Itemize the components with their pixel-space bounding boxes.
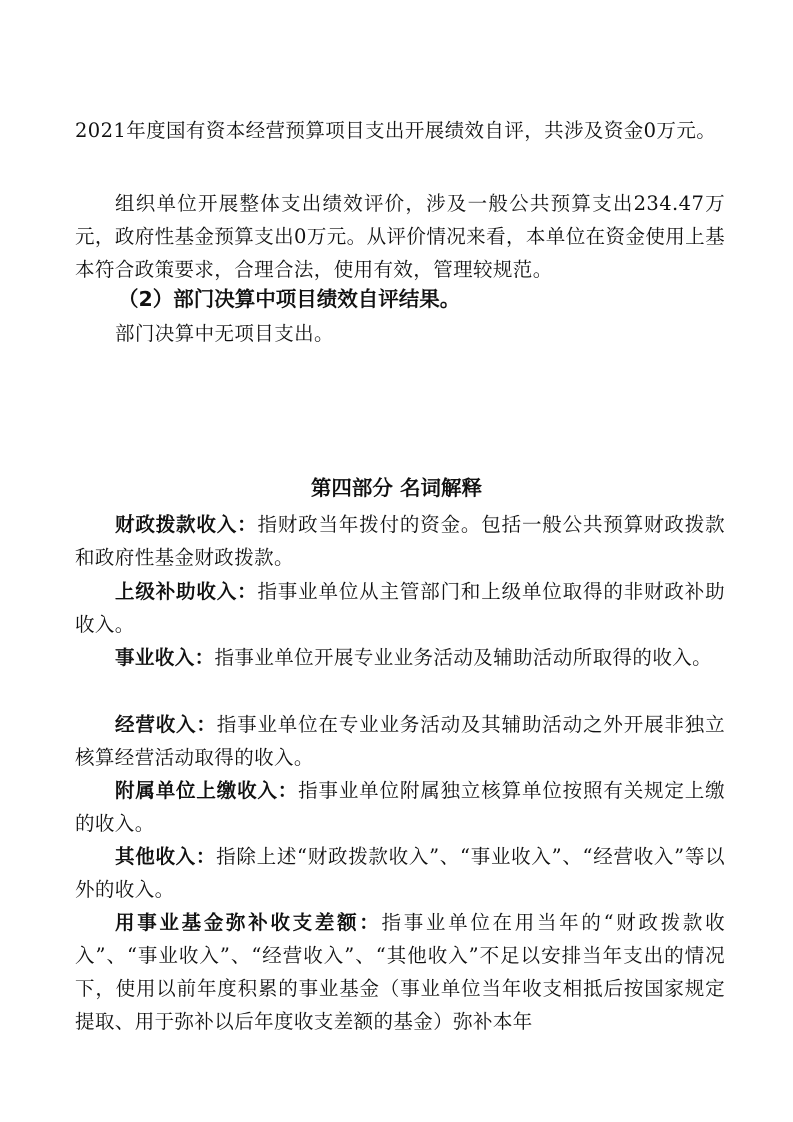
glossary-item: 上级补助收入：指事业单位从主管部门和上级单位取得的非财政补助收入。: [75, 575, 725, 641]
glossary-item: 其他收入：指除上述“财政拨款收入”、“事业收入”、“经营收入”等以外的收入。: [75, 840, 725, 906]
glossary-item: 事业收入：指事业单位开展专业业务活动及辅助活动所取得的收入。: [75, 641, 725, 674]
glossary-term: 附属单位上缴收入：: [115, 779, 298, 802]
paragraph-overall-evaluation: 组织单位开展整体支出绩效评价，涉及一般公共预算支出234.47万元，政府性基金预…: [75, 187, 725, 286]
glossary-term: 经营收入：: [115, 713, 217, 736]
document-page: 2021年度国有资本经营预算项目支出开展绩效自评，共涉及资金0万元。 组织单位开…: [0, 0, 793, 1122]
paragraph-state-capital-self-eval: 2021年度国有资本经营预算项目支出开展绩效自评，共涉及资金0万元。: [75, 114, 725, 147]
subheading-project-self-eval: （2）部门决算中项目绩效自评结果。: [118, 283, 460, 316]
glossary-term: 上级补助收入：: [115, 580, 257, 603]
glossary-item: 财政拨款收入：指财政当年拨付的资金。包括一般公共预算财政拨款和政府性基金财政拨款…: [75, 508, 725, 574]
glossary-item: 经营收入：指事业单位在专业业务活动及其辅助活动之外开展非独立核算经营活动取得的收…: [75, 708, 725, 774]
glossary-term: 财政拨款收入：: [115, 513, 257, 536]
paragraph-no-project: 部门决算中无项目支出。: [75, 317, 725, 350]
glossary-item: 用事业基金弥补收支差额：指事业单位在用当年的“财政拨款收入”、“事业收入”、“经…: [75, 906, 725, 1038]
section-title-glossary: 第四部分 名词解释: [0, 472, 793, 505]
glossary-definition: 指事业单位开展专业业务活动及辅助活动所取得的收入。: [215, 646, 713, 669]
glossary-term: 其他收入：: [115, 845, 216, 868]
glossary-term: 用事业基金弥补收支差额：: [115, 911, 382, 934]
glossary-term: 事业收入：: [115, 646, 215, 669]
glossary-item: 附属单位上缴收入：指事业单位附属独立核算单位按照有关规定上缴的收入。: [75, 774, 725, 840]
